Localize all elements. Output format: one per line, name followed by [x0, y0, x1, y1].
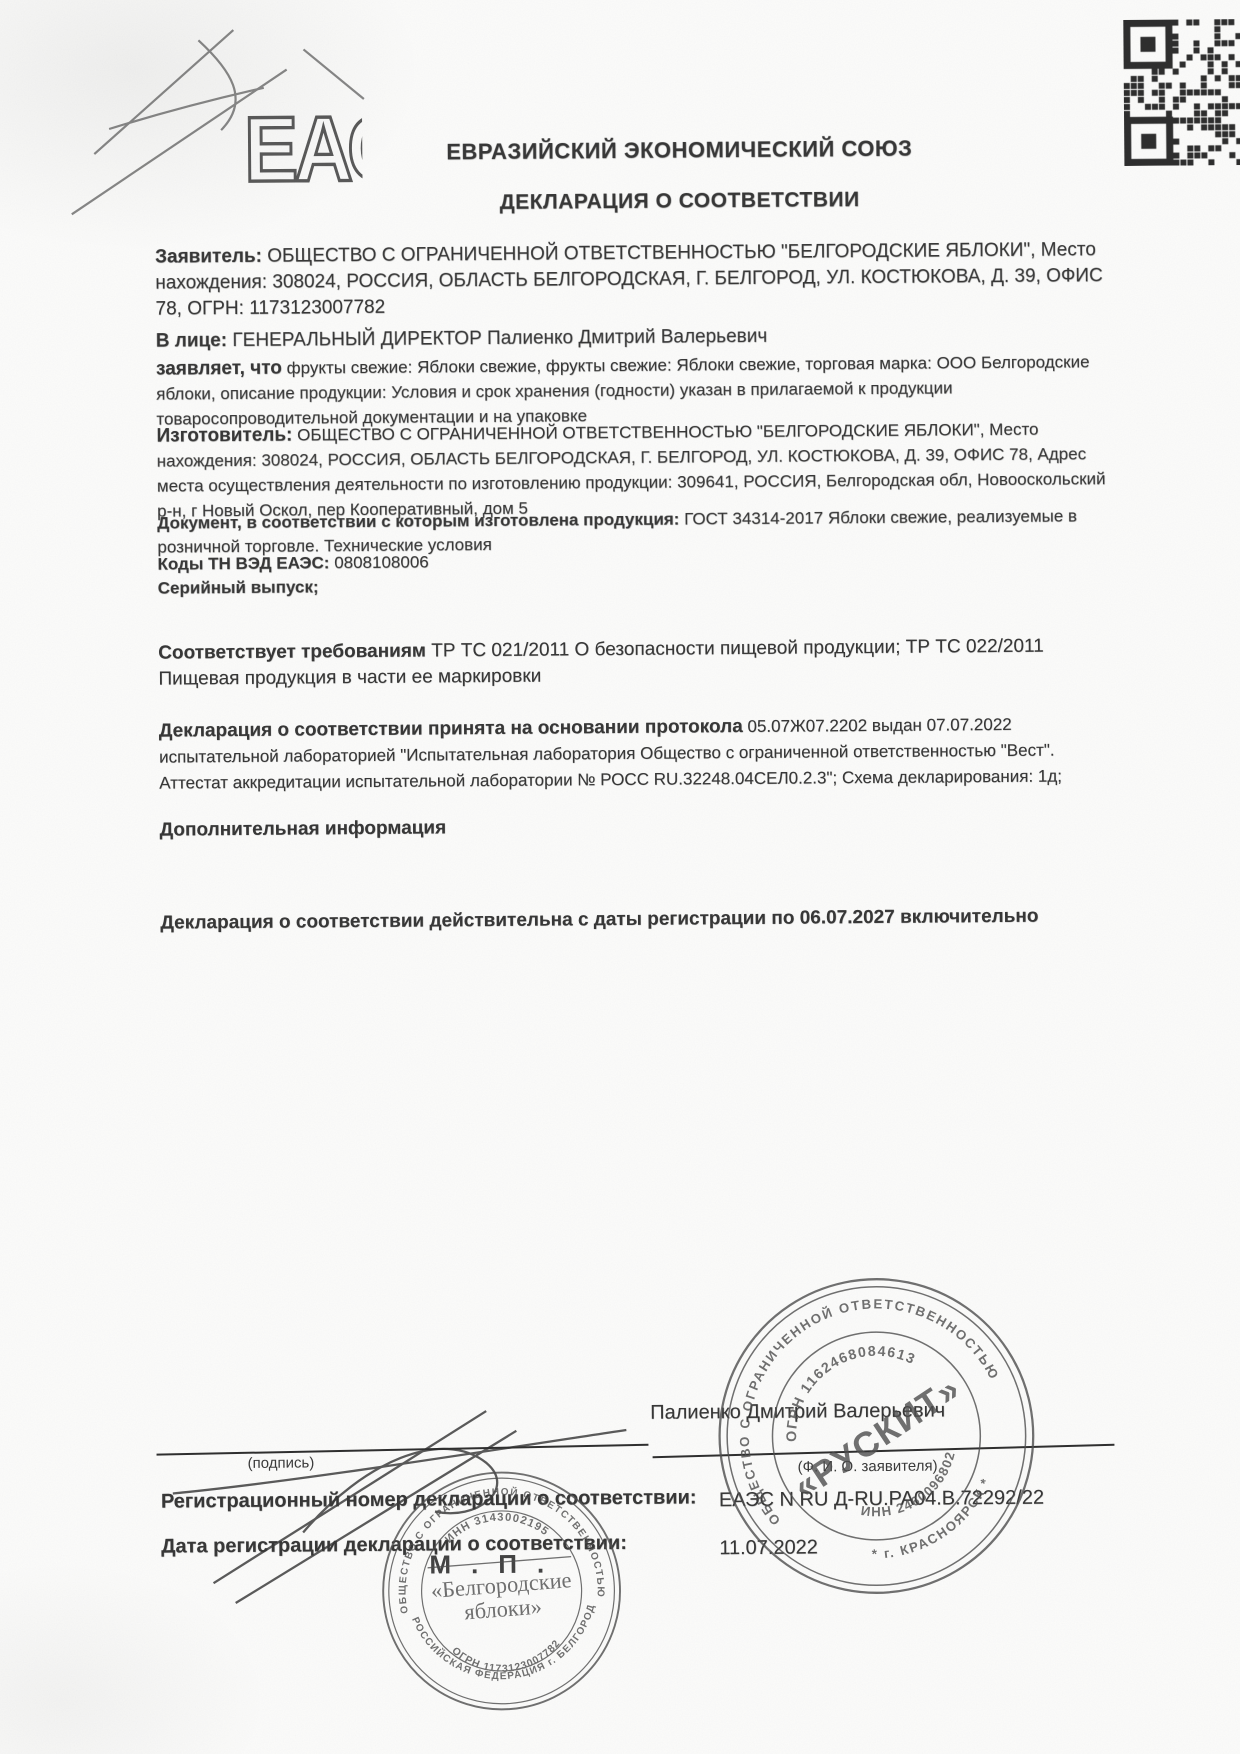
declares-label: заявляет, что: [156, 358, 282, 380]
represented-label: В лице:: [156, 330, 227, 352]
signature-caption: (подпись): [248, 1454, 315, 1472]
tnved-text: 0808108006: [329, 552, 428, 572]
document-label: Документ, в соответствии с которым изгот…: [157, 510, 679, 533]
svg-text:ИНН 3143002195: ИНН 3143002195: [441, 1508, 551, 1547]
applicant-text: ОБЩЕСТВО С ОГРАНИЧЕННОЙ ОТВЕТСТВЕННОСТЬЮ…: [155, 239, 1103, 319]
stamp-left-center-line2: яблоки»: [463, 1594, 542, 1625]
basis-paragraph: Декларация о соответствии принята на осн…: [159, 711, 1112, 796]
represented-text: ГЕНЕРАЛЬНЫЙ ДИРЕКТОР Палиенко Дмитрий Ва…: [227, 326, 767, 351]
applicant-paragraph: Заявитель: ОБЩЕСТВО С ОГРАНИЧЕННОЙ ОТВЕТ…: [155, 237, 1108, 322]
document-sheet: ЕАС ЕВРАЗИЙСКИЙ ЭКОНОМИЧЕСКИЙ СОЮЗ ДЕКЛА…: [0, 0, 1240, 1754]
basis-label: Декларация о соответствии принята на осн…: [159, 716, 743, 742]
stamp-left-inner-top-text: ИНН 3143002195: [441, 1508, 551, 1547]
additional-info-label: Дополнительная информация: [160, 810, 1112, 843]
stamp-belgorodskie-yabloki: ОБЩЕСТВО С ОГРАНИЧЕННОЙ ОТВЕТСТВЕННОСТЬЮ…: [373, 1462, 631, 1720]
validity-paragraph: Декларация о соответствии действительна …: [160, 903, 1112, 936]
applicant-label: Заявитель:: [155, 246, 262, 268]
complies-label: Соответствует требованиям: [158, 641, 426, 664]
manufacturer-label: Изготовитель:: [156, 425, 292, 447]
tnved-label: Коды ТН ВЭД ЕАЭС:: [157, 553, 329, 573]
stamp-ruskit: ОБЩЕСТВО С ОГРАНИЧЕННОЙ ОТВЕТСТВЕННОСТЬЮ…: [705, 1265, 1048, 1608]
scanned-declaration-page: ЕАС ЕВРАЗИЙСКИЙ ЭКОНОМИЧЕСКИЙ СОЮЗ ДЕКЛА…: [0, 0, 1240, 1754]
complies-paragraph: Соответствует требованиям ТР ТС 021/2011…: [158, 633, 1110, 692]
